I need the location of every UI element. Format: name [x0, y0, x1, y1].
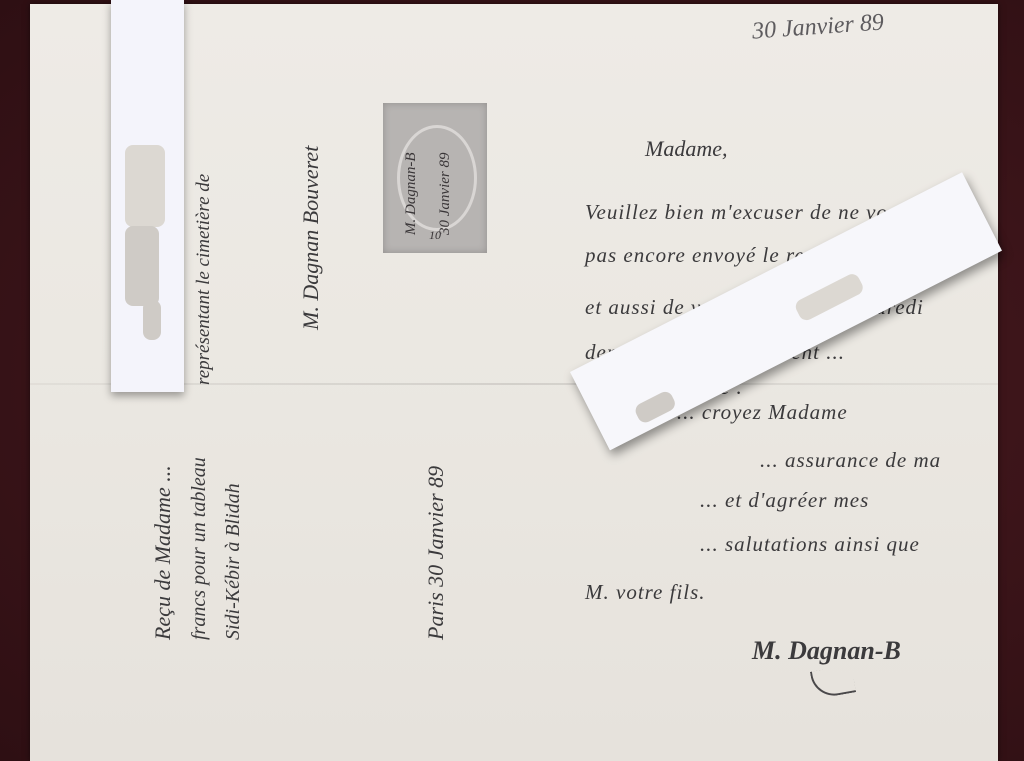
- body-line: ... salutations ainsi que: [700, 532, 920, 557]
- address-note: M. Dagnan Bouveret: [298, 146, 324, 330]
- signature: M. Dagnan-B: [752, 636, 901, 666]
- stamp-text: 30 Janvier 89: [437, 153, 454, 235]
- body-line: ... assurance de ma: [760, 448, 941, 473]
- redaction-blot: [125, 145, 165, 227]
- body-line: ... et d'agréer mes: [700, 488, 869, 513]
- receipt-note-top: représentant le cimetière de: [193, 174, 215, 385]
- receipt-note-line: francs pour un tableau: [188, 457, 211, 640]
- redaction-blot: [143, 300, 161, 340]
- vertical-redaction-strip: [111, 0, 184, 392]
- place-date-note: Paris 30 Janvier 89: [423, 466, 449, 640]
- stamp-value: 10: [429, 228, 441, 243]
- redaction-blot: [125, 226, 159, 306]
- fiscal-stamp: M. Dagnan-B 30 Janvier 89 10: [383, 103, 487, 253]
- receipt-note-line: Sidi-Kébir à Blidah: [222, 483, 245, 640]
- salutation: Madame,: [645, 136, 727, 162]
- body-line: M. votre fils.: [585, 580, 706, 605]
- receipt-note-line: Reçu de Madame ...: [150, 465, 176, 640]
- redaction-blot: [793, 271, 865, 322]
- stamp-text: M. Dagnan-B: [403, 153, 420, 236]
